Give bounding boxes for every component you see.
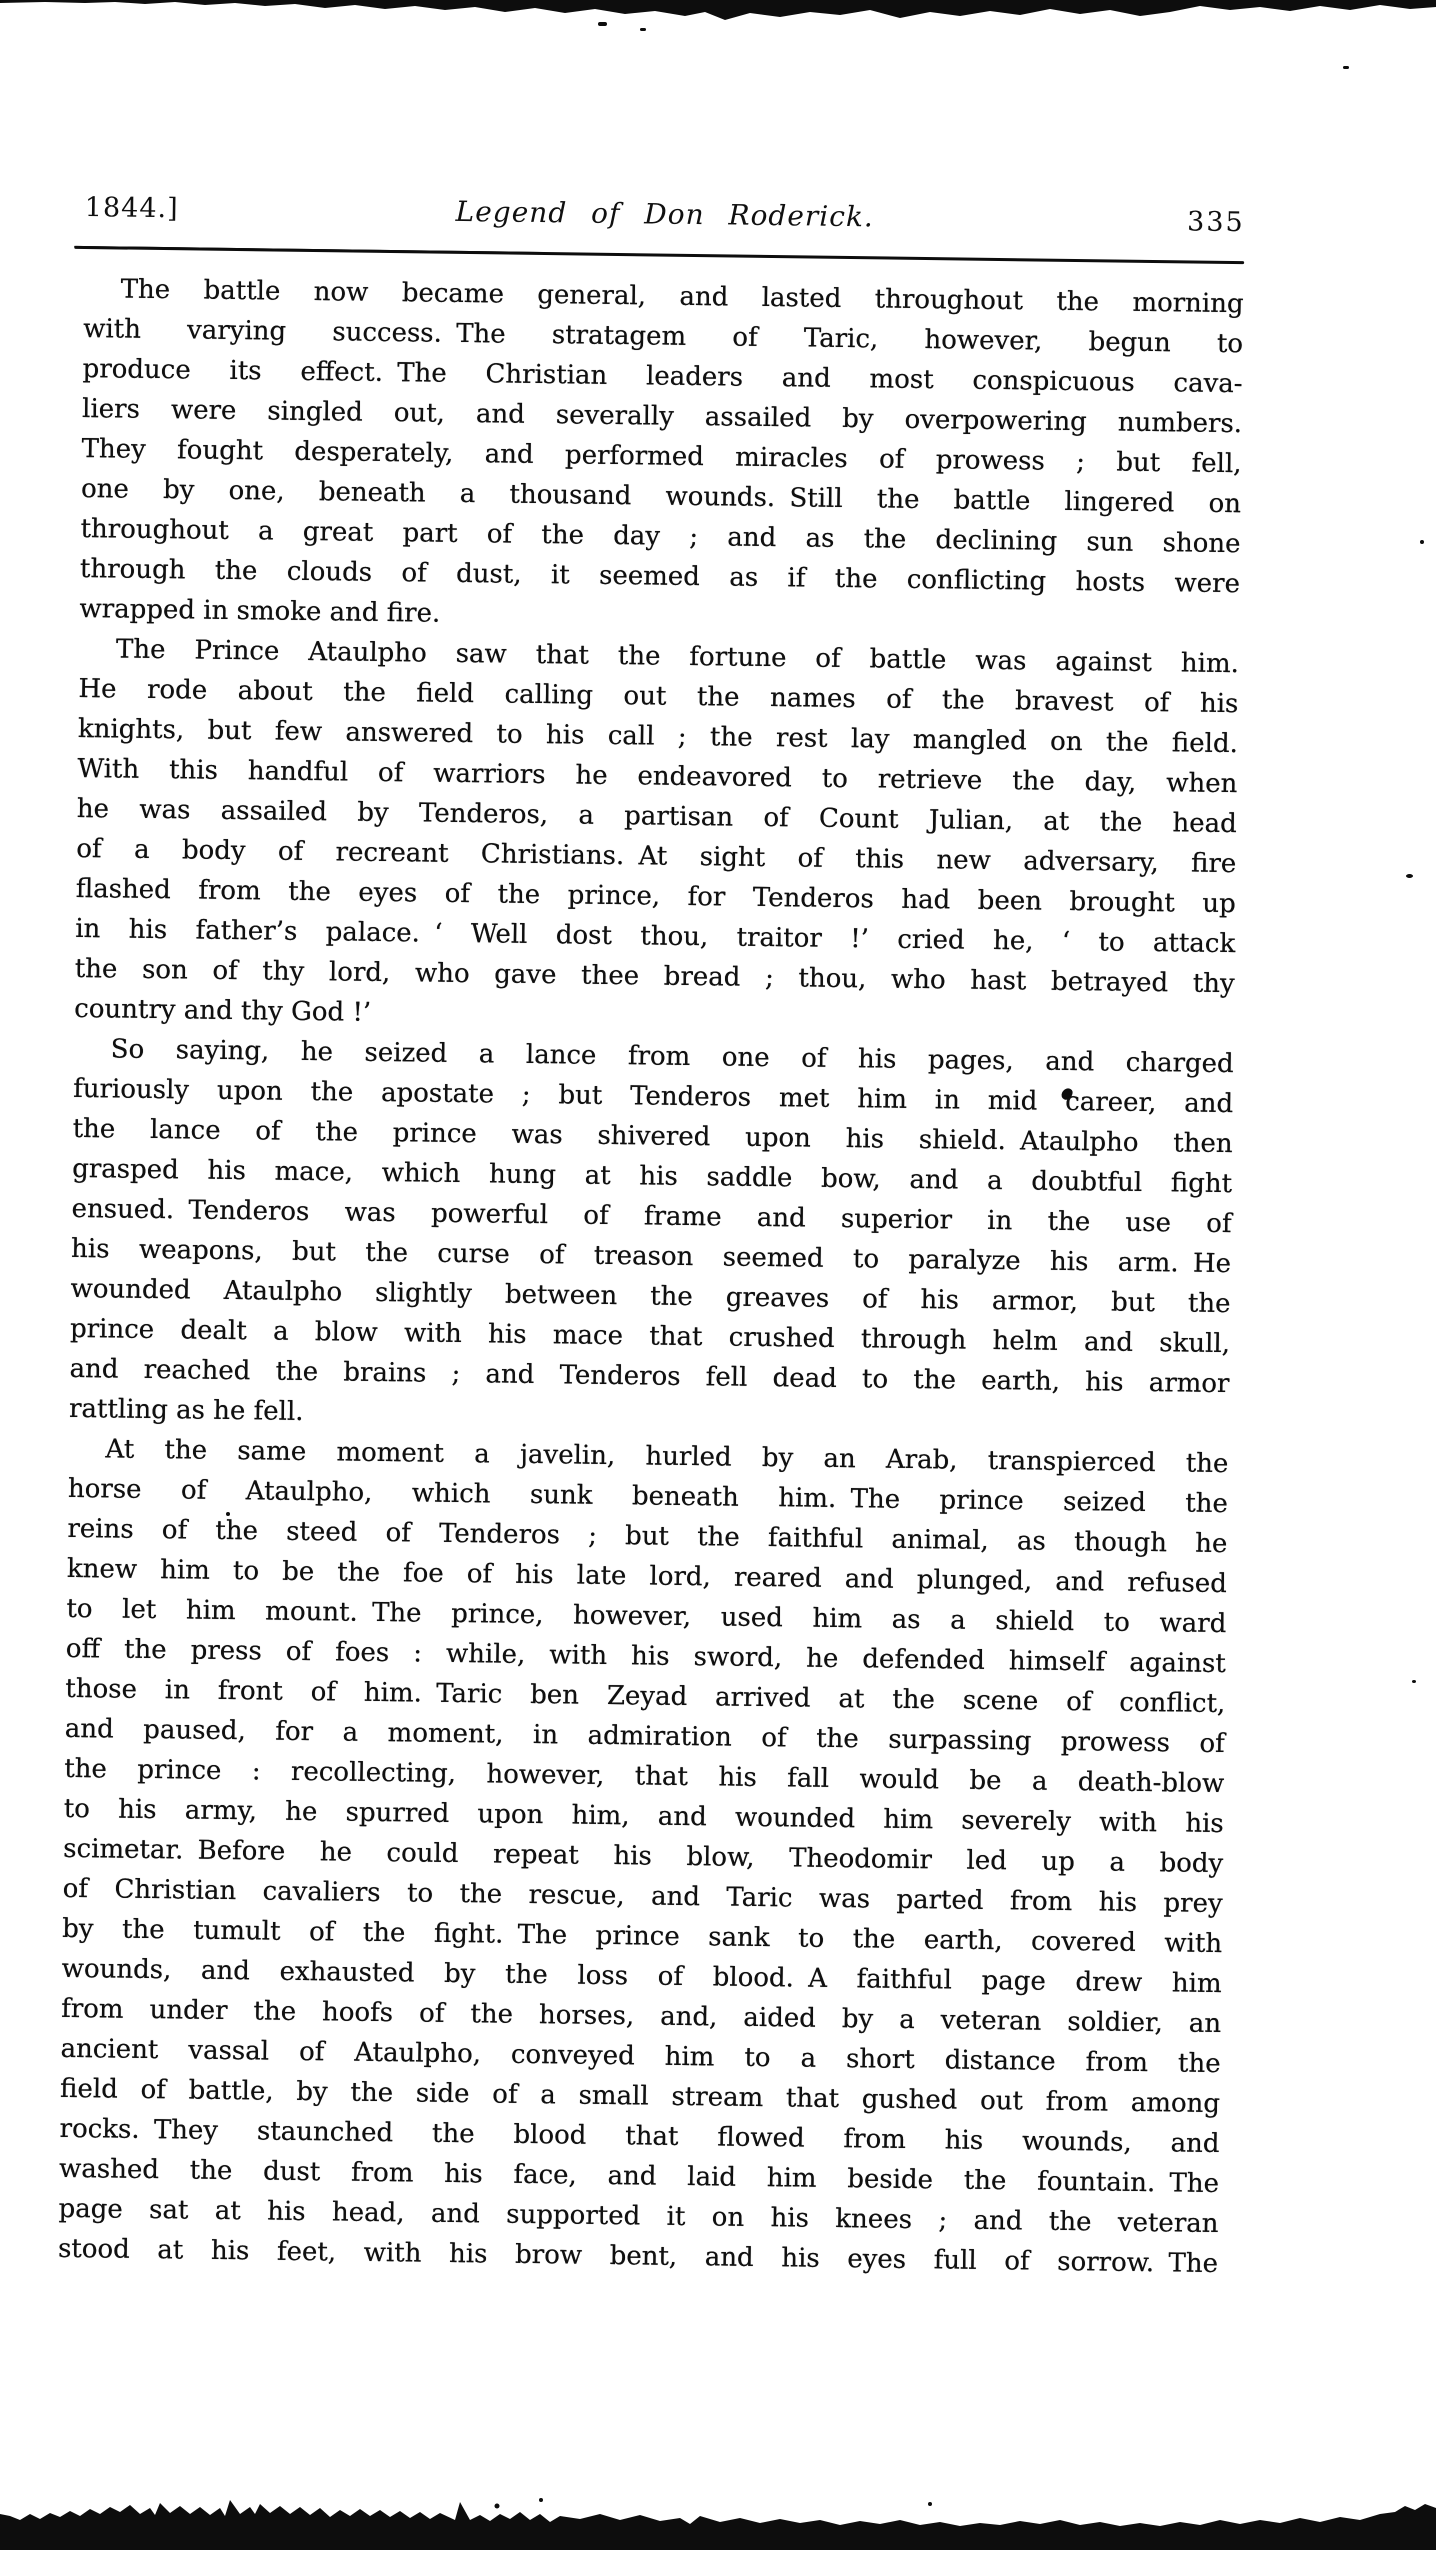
paragraph: The battle now became general, and laste… xyxy=(79,269,1244,644)
paragraph: At the same moment a javelin, hurled by … xyxy=(58,1429,1229,2284)
scanned-book-page: 1844.] Legend of Don Roderick. 335 The b… xyxy=(0,0,1436,2550)
header-title: Legend of Don Roderick. xyxy=(275,192,1055,235)
paragraph: The Prince Ataulpho saw that the fortune… xyxy=(74,629,1239,1044)
scan-edge-bottom-artifact xyxy=(0,2490,1436,2550)
scan-speck xyxy=(1406,874,1413,878)
header-year: 1844.] xyxy=(85,192,275,225)
page-content: 1844.] Legend of Don Roderick. 335 The b… xyxy=(58,190,1245,2284)
scan-speck xyxy=(1420,540,1424,544)
header-page-number: 335 xyxy=(1054,205,1244,238)
paragraph: So saying, he seized a lance from one of… xyxy=(69,1029,1234,1444)
scan-speck xyxy=(1412,1680,1416,1683)
running-header: 1844.] Legend of Don Roderick. 335 xyxy=(84,190,1245,251)
page-text: The battle now became general, and laste… xyxy=(58,269,1244,2284)
scan-edge-top-artifact xyxy=(0,0,1436,80)
